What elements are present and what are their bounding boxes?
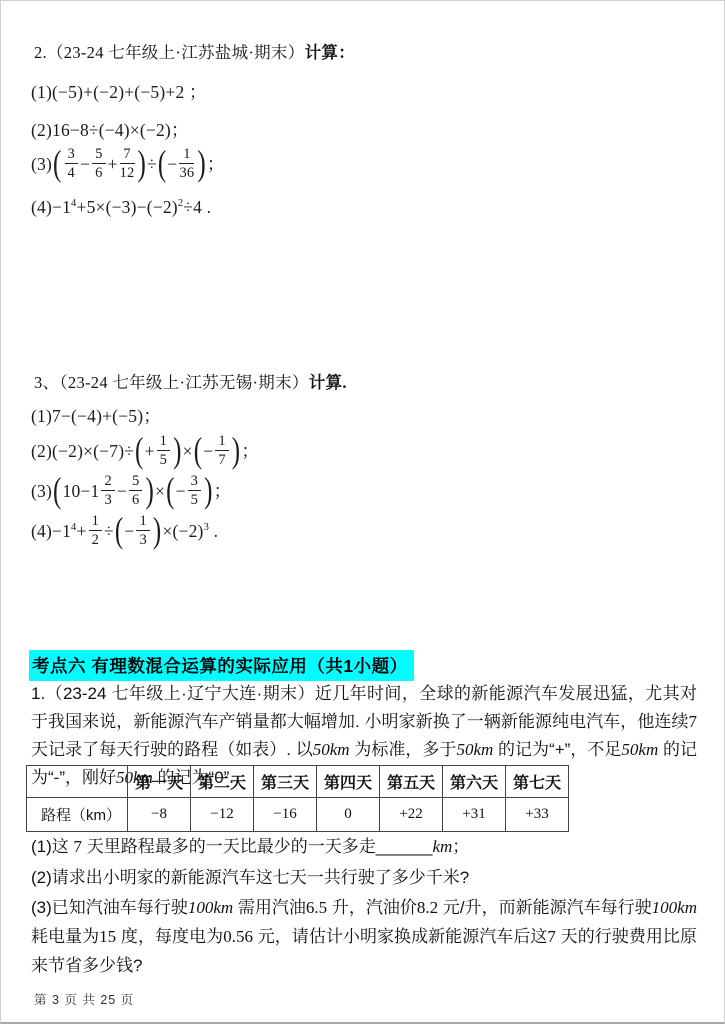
big-paren: ) <box>196 146 207 182</box>
number-run: 15 <box>99 927 116 946</box>
big-paren: ) <box>137 146 148 182</box>
text-run: 1.（23-24 七年级上·辽宁大连·期末）近几年时间，全球的新能源汽车发展迅猛… <box>31 684 697 731</box>
question-2: (2)请求出小明家的新能源汽车这七天一共行驶了多少千米? <box>31 863 697 892</box>
fraction-denominator: 3 <box>101 491 114 508</box>
text-run: (2)请求出小明家的新能源汽车这七天一共行驶了多少千米? <box>31 868 469 887</box>
big-paren: ) <box>203 473 214 509</box>
text-run: 耗电量为 <box>31 927 99 946</box>
fraction-numerator: 3 <box>65 146 78 164</box>
fraction-denominator: 7 <box>215 451 228 468</box>
fraction-numerator: 1 <box>179 146 194 164</box>
fraction: 12 <box>89 513 102 548</box>
math-text: −1 <box>52 521 71 541</box>
big-paren: ( <box>165 473 176 509</box>
math-expression: 7−(−4)+(−5)； <box>52 406 161 426</box>
distance-table: 第一天 第二天 第三天 第四天 第五天 第六天 第七天 路程（km） −8 −1… <box>26 765 569 832</box>
number-run: 7 <box>74 837 83 856</box>
big-paren: ) <box>172 433 183 469</box>
problem-3-item-3: (3)(10−123−56)×(−35)； <box>31 475 231 510</box>
problem-2-item-4: (4)−14+5×(−3)−(−2)2÷4 . <box>31 197 211 218</box>
math-text: − <box>124 521 134 541</box>
big-paren: ) <box>231 433 242 469</box>
fraction-denominator: 12 <box>120 164 135 181</box>
math-text: 16−8÷(−4)×(−2)； <box>52 120 189 140</box>
math-text: + <box>145 441 155 461</box>
big-paren: ( <box>52 146 63 182</box>
table-header-cell: 第一天 <box>128 766 191 798</box>
big-paren: ( <box>52 473 63 509</box>
big-paren: ( <box>114 513 125 549</box>
page-footer: 第 3 页 共 25 页 <box>34 990 134 1008</box>
text-run: 元，请估计小明家换成新能源汽车后这 <box>253 927 547 946</box>
fraction: 712 <box>120 146 135 181</box>
math-text: − <box>80 154 90 174</box>
table-value-cell: −12 <box>191 798 254 832</box>
problem-3-source: 3、（23-24 七年级上·江苏无锡·期末） <box>34 373 309 392</box>
item-label: (3) <box>31 481 52 501</box>
fraction-numerator: 5 <box>92 146 105 164</box>
math-text: − <box>167 154 177 174</box>
table-header-cell: 第五天 <box>380 766 443 798</box>
text-run: ； <box>452 837 469 856</box>
item-label: (3) <box>31 154 52 174</box>
fraction-denominator: 5 <box>157 451 170 468</box>
math-text: ×(−2) <box>162 521 203 541</box>
fraction-numerator: 1 <box>157 433 170 451</box>
math-text: + <box>77 521 87 541</box>
fraction-denominator: 6 <box>129 491 142 508</box>
fraction-denominator: 2 <box>89 531 102 548</box>
unit-run: 100km <box>188 898 233 917</box>
problem-3-item-4: (4)−14+12÷(−13)×(−2)3 . <box>31 515 218 550</box>
math-expression: −14+5×(−3)−(−2)2÷4 . <box>52 197 211 217</box>
problem-2-item-2: (2)16−8÷(−4)×(−2)； <box>31 117 189 142</box>
math-expression: −14+12÷(−13)×(−2)3 . <box>52 521 218 541</box>
math-text: × <box>183 441 193 461</box>
question-1: (1)这 7 天里路程最多的一天比最少的一天多走______km； <box>31 832 697 861</box>
math-text: ； <box>241 441 259 461</box>
text-run: (3)已知汽油车每行驶 <box>31 898 188 917</box>
big-paren: ( <box>134 433 145 469</box>
math-expression: (34−56+712)÷(−136)； <box>52 154 225 174</box>
problem-2-item-3: (3)(34−56+712)÷(−136)； <box>31 148 225 183</box>
unit-run: km <box>432 837 452 856</box>
text-run: 天记录了每天行驶的路程（如表）. 以 <box>31 740 313 759</box>
table-header-cell: 第三天 <box>254 766 317 798</box>
fraction-numerator: 1 <box>215 433 228 451</box>
math-expression: (−2)×(−7)÷(+15)×(−17)； <box>52 441 259 461</box>
table-value-cell: +33 <box>506 798 569 832</box>
fraction-denominator: 6 <box>92 164 105 181</box>
fraction: 56 <box>92 146 105 181</box>
fraction-denominator: 5 <box>188 491 201 508</box>
fraction: 136 <box>179 146 194 181</box>
math-text: . <box>209 521 218 541</box>
math-text: + <box>108 154 118 174</box>
text-run: 需用汽油 <box>233 898 306 917</box>
item-label: (1) <box>31 82 52 102</box>
problem-3-item-2: (2)(−2)×(−7)÷(+15)×(−17)； <box>31 435 259 470</box>
text-run: 元/升，而新能源汽车每行驶 <box>438 898 652 917</box>
math-text: (−5)+(−2)+(−5)+2 ； <box>52 82 207 102</box>
math-text: ； <box>214 481 232 501</box>
fraction: 35 <box>188 473 201 508</box>
fraction-numerator: 2 <box>101 473 114 491</box>
math-text: − <box>176 481 186 501</box>
math-expression: (−5)+(−2)+(−5)+2 ； <box>52 82 207 102</box>
math-text: − <box>117 481 127 501</box>
document-page: 2.（23-24 七年级上·江苏盐城·期末）计算： (1)(−5)+(−2)+(… <box>0 0 725 1024</box>
fraction-numerator: 5 <box>129 473 142 491</box>
fraction-denominator: 3 <box>136 531 149 548</box>
number-run: 7 <box>689 712 698 731</box>
distance-table-wrap: 第一天 第二天 第三天 第四天 第五天 第六天 第七天 路程（km） −8 −1… <box>26 765 569 832</box>
item-label: (1) <box>31 406 52 426</box>
text-run: 天里路程最多的一天比最少的一天多走______ <box>82 837 432 856</box>
big-paren: ( <box>193 433 204 469</box>
text-run: (1)这 <box>31 837 74 856</box>
question-3: (3)已知汽油车每行驶100km 需用汽油6.5 升，汽油价8.2 元/升，而新… <box>31 893 697 980</box>
problem-3-instruction: 计算. <box>309 373 347 392</box>
table-value-cell: −16 <box>254 798 317 832</box>
unit-run: 100km <box>652 898 697 917</box>
math-text: 10−1 <box>63 481 100 501</box>
big-paren: ) <box>144 473 155 509</box>
fraction-denominator: 4 <box>65 164 78 181</box>
item-label: (4) <box>31 197 52 217</box>
fraction: 13 <box>136 513 149 548</box>
math-expression: 16−8÷(−4)×(−2)； <box>52 120 189 140</box>
math-text: −1 <box>52 197 71 217</box>
table-row-label: 路程（km） <box>27 798 128 832</box>
big-paren: ) <box>152 513 163 549</box>
math-text: (−2)×(−7)÷ <box>52 441 134 461</box>
fraction-numerator: 1 <box>89 513 102 531</box>
fraction-numerator: 1 <box>136 513 149 531</box>
math-text: ÷4 . <box>183 197 211 217</box>
table-value-row: 路程（km） −8 −12 −16 0 +22 +31 +33 <box>27 798 569 832</box>
unit-run: 50km <box>313 740 350 759</box>
text-run: 度，每度电为 <box>116 927 223 946</box>
problem-2-source: 2.（23-24 七年级上·江苏盐城·期末） <box>34 43 305 62</box>
number-run: 0.56 <box>223 927 253 946</box>
table-value-cell: +22 <box>380 798 443 832</box>
fraction: 15 <box>157 433 170 468</box>
problem-3-item-1: (1)7−(−4)+(−5)； <box>31 403 161 428</box>
table-value-cell: −8 <box>128 798 191 832</box>
unit-run: 50km <box>621 740 658 759</box>
problem-2-item-1: (1)(−5)+(−2)+(−5)+2 ； <box>31 79 207 104</box>
math-text: 7−(−4)+(−5)； <box>52 406 161 426</box>
number-run: 7 <box>547 927 556 946</box>
text-run: 为标准，多于 <box>350 740 457 759</box>
fraction: 17 <box>215 433 228 468</box>
fraction: 56 <box>129 473 142 508</box>
table-header-row: 第一天 第二天 第三天 第四天 第五天 第六天 第七天 <box>27 766 569 798</box>
table-header-cell: 第二天 <box>191 766 254 798</box>
table-header-cell: 第七天 <box>506 766 569 798</box>
table-corner-cell <box>27 766 128 798</box>
fraction: 23 <box>101 473 114 508</box>
number-run: 8.2 <box>417 898 438 917</box>
text-run: 的记为“+”，不足 <box>493 740 621 759</box>
math-text: − <box>203 441 213 461</box>
problem-3-title: 3、（23-24 七年级上·江苏无锡·期末）计算. <box>34 369 347 393</box>
unit-run: 50km <box>456 740 493 759</box>
fraction-numerator: 7 <box>120 146 135 164</box>
item-label: (2) <box>31 441 52 461</box>
math-text: ÷ <box>104 521 114 541</box>
fraction: 34 <box>65 146 78 181</box>
problem-2-instruction: 计算： <box>305 43 355 62</box>
number-run: 6.5 <box>306 898 327 917</box>
table-header-cell: 第四天 <box>317 766 380 798</box>
item-label: (4) <box>31 521 52 541</box>
item-label: (2) <box>31 120 52 140</box>
section-header-highlight: 考点六 有理数混合运算的实际应用（共1小题） <box>29 650 414 681</box>
math-expression: (10−123−56)×(−35)； <box>52 481 231 501</box>
table-header-cell: 第六天 <box>443 766 506 798</box>
table-value-cell: 0 <box>317 798 380 832</box>
big-paren: ( <box>157 146 168 182</box>
math-text: × <box>155 481 165 501</box>
table-value-cell: +31 <box>443 798 506 832</box>
fraction-denominator: 36 <box>179 164 194 181</box>
problem-2-title: 2.（23-24 七年级上·江苏盐城·期末）计算： <box>34 39 355 63</box>
math-text: ； <box>207 154 225 174</box>
math-text: ÷ <box>147 154 157 174</box>
text-run: 升，汽油价 <box>327 898 417 917</box>
math-text: +5×(−3)−(−2) <box>77 197 178 217</box>
fraction-numerator: 3 <box>188 473 201 491</box>
